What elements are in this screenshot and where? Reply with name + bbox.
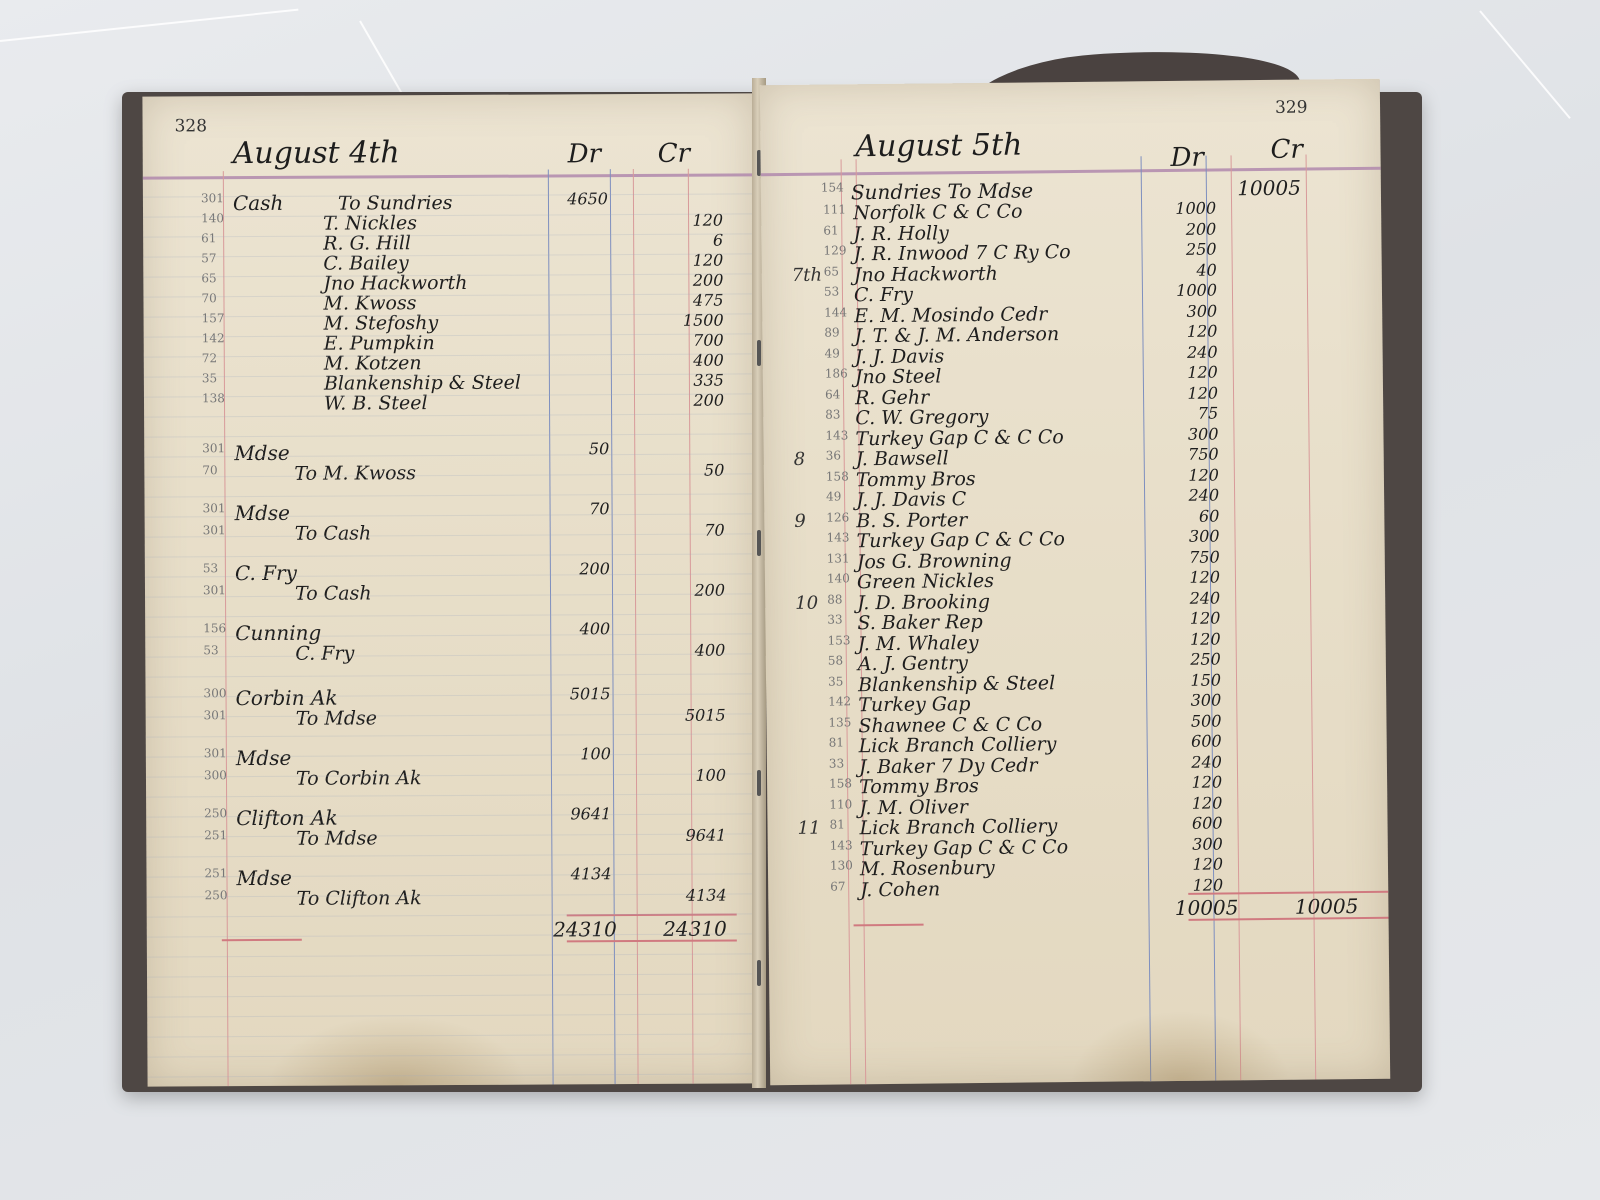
debit-amount: 150 — [1151, 670, 1221, 690]
entry-description: To Corbin Ak — [296, 767, 422, 790]
ruled-line — [146, 853, 756, 857]
entry-description: To Mdse — [296, 707, 377, 729]
posting-ref: 126 — [826, 510, 849, 524]
entry-description: J. Cohen — [860, 878, 940, 901]
ruled-line — [145, 673, 755, 677]
account-name: Corbin Ak — [236, 686, 338, 711]
ledger-row: 301MdseTo Cash3017070 — [145, 498, 755, 523]
debit-amount: 60 — [1149, 506, 1219, 526]
posting-ref-secondary: 70 — [202, 463, 217, 477]
posting-ref: 61 — [201, 231, 216, 245]
credit-amount: 400 — [655, 641, 725, 660]
debit-amount: 120 — [1153, 854, 1223, 874]
posting-ref: 251 — [204, 866, 227, 880]
posting-ref: 64 — [825, 387, 840, 401]
debit-amount: 200 — [1146, 219, 1216, 239]
entry-description: To Cash — [295, 522, 372, 544]
credit-amount: 4134 — [657, 886, 727, 905]
debit-amount: 120 — [1150, 567, 1220, 587]
posting-ref: 61 — [823, 223, 838, 237]
debit-amount: 750 — [1149, 444, 1219, 464]
binding-stitch — [757, 530, 761, 556]
posting-ref: 142 — [202, 331, 225, 345]
debit-amount: 50 — [539, 439, 609, 458]
posting-ref: 49 — [825, 346, 840, 360]
ruled-line — [144, 433, 754, 437]
debit-amount: 120 — [1151, 629, 1221, 649]
debit-amount: 40 — [1147, 260, 1217, 280]
entry-day: 9 — [794, 510, 806, 531]
posting-ref: 67 — [830, 879, 845, 893]
posting-ref: 138 — [202, 391, 225, 405]
posting-ref: 301 — [202, 441, 225, 455]
debit-amount: 240 — [1149, 485, 1219, 505]
posting-ref: 300 — [204, 686, 227, 700]
binding-stitch — [757, 960, 761, 986]
debit-amount: 120 — [1152, 772, 1222, 792]
debit-amount: 300 — [1153, 834, 1223, 854]
entry-description: Jno Steel — [855, 365, 942, 388]
ruled-line — [147, 973, 757, 977]
page-date-heading: August 4th — [233, 135, 400, 171]
posting-ref: 140 — [827, 571, 850, 585]
posting-ref: 70 — [201, 291, 216, 305]
entry-day: 8 — [794, 449, 806, 470]
posting-ref-secondary: 53 — [203, 643, 218, 657]
posting-ref: 83 — [825, 407, 840, 421]
posting-ref: 144 — [824, 305, 847, 319]
posting-ref: 154 — [821, 180, 844, 194]
entry-description: R. Gehr — [855, 386, 929, 409]
entry-close-rule — [854, 924, 924, 927]
ledger-row: 138W. B. Steel200 — [144, 388, 754, 413]
page-number: 329 — [1275, 98, 1308, 118]
posting-ref: 57 — [201, 251, 216, 265]
ledger-row: 301MdseTo M. Kwoss705050 — [144, 438, 754, 463]
credit-amount: 200 — [655, 581, 725, 600]
credit-amount: 5015 — [656, 706, 726, 725]
debit-amount: 1000 — [1147, 280, 1217, 300]
debit-amount: 250 — [1146, 240, 1216, 260]
credit-amount: 50 — [654, 461, 724, 480]
debit-amount: 70 — [540, 499, 610, 518]
posting-ref: 157 — [202, 311, 225, 325]
debit-amount: 600 — [1152, 813, 1222, 833]
entry-description: C. Fry — [295, 643, 354, 665]
account-name: Clifton Ak — [236, 806, 338, 831]
ruled-line — [146, 733, 756, 737]
debit-amount: 300 — [1151, 690, 1221, 710]
entry-day: 10 — [795, 592, 818, 613]
debit-amount: 300 — [1147, 301, 1217, 321]
debit-amount: 250 — [1151, 649, 1221, 669]
entry-day: 11 — [797, 818, 820, 839]
posting-ref: 140 — [201, 211, 224, 225]
entry-description: J. J. Davis — [855, 345, 945, 368]
debit-amount: 240 — [1152, 752, 1222, 772]
page-number: 328 — [175, 116, 208, 136]
water-stain — [1070, 1010, 1291, 1082]
posting-ref: 143 — [830, 838, 853, 852]
ledger-page-right: 329 August 5th Dr Cr 154 Sundries To Mds… — [760, 79, 1390, 1085]
total-credit: 24310 — [637, 917, 727, 941]
debit-amount: 300 — [1148, 424, 1218, 444]
posting-ref: 158 — [826, 469, 849, 483]
posting-ref: 88 — [827, 592, 842, 606]
posting-ref: 250 — [204, 806, 227, 820]
debit-amount: 120 — [1150, 608, 1220, 628]
posting-ref: 35 — [202, 371, 217, 385]
account-name: Mdse — [236, 866, 292, 890]
ledger-row: 53C. FryTo Cash301200200 — [145, 558, 755, 583]
posting-ref: 129 — [823, 243, 846, 257]
posting-ref: 53 — [203, 561, 218, 575]
posting-ref: 135 — [828, 715, 851, 729]
account-name: Mdse — [236, 746, 292, 770]
debit-amount: 240 — [1147, 342, 1217, 362]
debit-amount: 120 — [1147, 321, 1217, 341]
posting-ref: 131 — [827, 551, 850, 565]
debit-amount: 300 — [1149, 526, 1219, 546]
entry-description: C. Fry — [854, 284, 913, 307]
entry-day: 7th — [792, 264, 822, 285]
debit-amount: 120 — [1152, 793, 1222, 813]
binding-stitch — [757, 340, 761, 366]
entry-description: To Mdse — [296, 827, 377, 849]
posting-ref: 33 — [827, 612, 842, 626]
debit-column-header: Dr — [568, 139, 601, 169]
ruled-line — [144, 413, 754, 417]
posting-ref: 156 — [203, 621, 226, 635]
credit-amount: 70 — [655, 521, 725, 540]
posting-ref: 110 — [829, 797, 852, 811]
debit-amount: 4650 — [538, 189, 608, 208]
ruled-line — [145, 613, 755, 617]
credit-amount: 100 — [656, 766, 726, 785]
binding-stitch — [757, 770, 761, 796]
ruled-line — [147, 993, 757, 997]
posting-ref: 81 — [829, 735, 844, 749]
credit-column-header: Cr — [658, 139, 690, 169]
account-name: Mdse — [235, 501, 291, 525]
posting-ref: 142 — [828, 694, 851, 708]
posting-ref: 89 — [824, 325, 839, 339]
posting-ref: 33 — [829, 756, 844, 770]
account-name: Mdse — [234, 441, 290, 465]
posting-ref: 81 — [829, 817, 844, 831]
ledger-page-left: 328 August 4th Dr Cr 301CashTo Sundries4… — [142, 93, 757, 1086]
debit-amount: 120 — [1148, 383, 1218, 403]
debit-amount: 120 — [1148, 362, 1218, 382]
entry-description: To M. Kwoss — [294, 462, 416, 485]
debit-amount: 75 — [1148, 403, 1218, 423]
posting-ref: 158 — [829, 776, 852, 790]
credit-column-header: Cr — [1270, 135, 1303, 165]
posting-ref: 49 — [826, 489, 841, 503]
backdrop-crease — [1479, 10, 1571, 119]
posting-ref: 301 — [201, 191, 224, 205]
debit-amount: 240 — [1150, 588, 1220, 608]
debit-amount: 500 — [1151, 711, 1221, 731]
ruled-line — [145, 553, 755, 557]
debit-amount: 750 — [1150, 547, 1220, 567]
ruled-line — [146, 793, 756, 797]
entry-description: To Cash — [295, 582, 372, 604]
total-debit: 24310 — [527, 917, 617, 941]
total-double-underline — [567, 940, 737, 943]
posting-ref: 153 — [828, 633, 851, 647]
entry-description: J. Bawsell — [856, 447, 949, 470]
account-name: Cunning — [235, 621, 321, 645]
posting-ref: 58 — [828, 653, 843, 667]
debit-amount: 120 — [1149, 465, 1219, 485]
posting-ref: 65 — [201, 271, 216, 285]
posting-ref: 53 — [824, 284, 839, 298]
posting-ref: 130 — [830, 858, 853, 872]
backdrop-crease — [0, 9, 298, 42]
total-debit: 10005 — [1148, 895, 1238, 920]
entry-description: J. R. Holly — [853, 222, 949, 245]
page-date-heading: August 5th — [855, 128, 1022, 165]
ruled-line — [145, 493, 755, 497]
credit-amount: 9641 — [656, 826, 726, 845]
posting-ref: 186 — [825, 366, 848, 380]
posting-ref: 35 — [828, 674, 843, 688]
posting-ref: 36 — [826, 448, 841, 462]
debit-amount: 200 — [540, 559, 610, 578]
header-rule — [143, 173, 753, 179]
account-name: C. Fry — [235, 561, 297, 585]
posting-ref: 143 — [826, 530, 849, 544]
total-credit: 10005 — [1268, 894, 1358, 919]
posting-ref-secondary: 301 — [203, 583, 226, 597]
entry-description: To Clifton Ak — [297, 887, 422, 910]
ledger-row: 156CunningC. Fry53400400 — [145, 618, 755, 643]
posting-ref: 111 — [823, 202, 846, 216]
posting-ref: 65 — [824, 264, 839, 278]
posting-ref: 72 — [202, 351, 217, 365]
debit-amount: 1000 — [1146, 199, 1216, 219]
posting-ref-secondary: 301 — [203, 523, 226, 537]
debit-amount: 600 — [1152, 731, 1222, 751]
credit-amount: 10005 — [1231, 176, 1301, 201]
ruled-line — [147, 953, 757, 957]
posting-ref: 143 — [825, 428, 848, 442]
entry-close-rule — [222, 939, 302, 941]
debit-amount: 400 — [540, 619, 610, 638]
posting-ref: 301 — [203, 501, 226, 515]
posting-ref: 301 — [204, 746, 227, 760]
